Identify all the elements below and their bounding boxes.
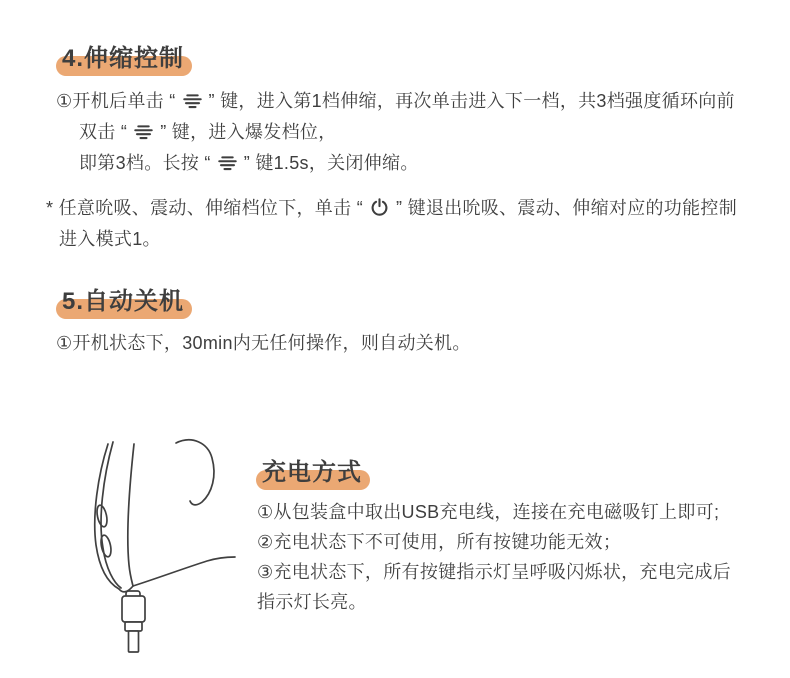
charging-line-4: 指示灯长亮。 (257, 587, 731, 617)
stretch-step1-line1-post: ” 键，进入第1档伸缩，再次单击进入下一档，共3档强度循环向前 (209, 91, 735, 111)
section-stretch-heading: 4.伸缩控制 (62, 38, 184, 73)
stretch-step1-line3-post: ” 键1.5s，关闭伸缩。 (244, 153, 419, 173)
stretch-step1-line2: 双击 “” 键，进入爆发档位， (56, 117, 735, 148)
stretch-step1-line2-pre: 双击 “ (79, 122, 127, 142)
stretch-step1-line3: 即第3档。长按 “” 键1.5s，关闭伸缩。 (56, 148, 735, 179)
stretch-note-line1-post: ” 键退出吮吸、震动、伸缩对应的功能控制 (396, 198, 737, 218)
wave-lines-key-icon (134, 124, 153, 140)
stretch-note-line1-pre: * 任意吮吸、震动、伸缩档位下，单击 “ (46, 198, 363, 218)
stretch-step1-line3-pre: 即第3档。长按 “ (79, 153, 211, 173)
autooff-paragraph: ①开机状态下，30min内无任何操作，则自动关机。 (56, 328, 471, 359)
stretch-note-line1: * 任意吮吸、震动、伸缩档位下，单击 “” 键退出吮吸、震动、伸缩对应的功能控制 (46, 193, 737, 224)
section-charging-heading: 充电方式 (262, 452, 362, 487)
manual-page: 4.伸缩控制 ①开机后单击 “” 键，进入第1档伸缩，再次单击进入下一档，共3档… (0, 0, 790, 678)
charging-line-1: ①从包装盒中取出USB充电线，连接在充电磁吸钉上即可; (257, 497, 731, 527)
power-key-icon (370, 197, 389, 217)
charging-paragraph: ①从包装盒中取出USB充电线，连接在充电磁吸钉上即可; ②充电状态下不可使用，所… (257, 497, 731, 617)
stretch-step1-line1: ①开机后单击 “” 键，进入第1档伸缩，再次单击进入下一档，共3档强度循环向前 (56, 86, 735, 117)
charging-line-3: ③充电状态下，所有按键指示灯呈呼吸闪烁状，充电完成后 (257, 557, 731, 587)
wave-lines-key-icon (183, 93, 202, 109)
device-with-usb-cable-illustration (65, 430, 240, 663)
stretch-note-paragraph: * 任意吮吸、震动、伸缩档位下，单击 “” 键退出吮吸、震动、伸缩对应的功能控制… (46, 193, 737, 255)
stretch-note-line2: 进入模式1。 (46, 224, 737, 255)
charging-line-2: ②充电状态下不可使用，所有按键功能无效； (257, 527, 731, 557)
section-autooff-heading: 5.自动关机 (62, 281, 184, 316)
stretch-step1-line1-pre: ①开机后单击 “ (56, 91, 176, 111)
autooff-step1: ①开机状态下，30min内无任何操作，则自动关机。 (56, 328, 471, 359)
wave-lines-key-icon (218, 155, 237, 171)
stretch-step1-paragraph: ①开机后单击 “” 键，进入第1档伸缩，再次单击进入下一档，共3档强度循环向前 … (56, 86, 735, 179)
stretch-step1-line2-post: ” 键，进入爆发档位， (160, 122, 336, 142)
